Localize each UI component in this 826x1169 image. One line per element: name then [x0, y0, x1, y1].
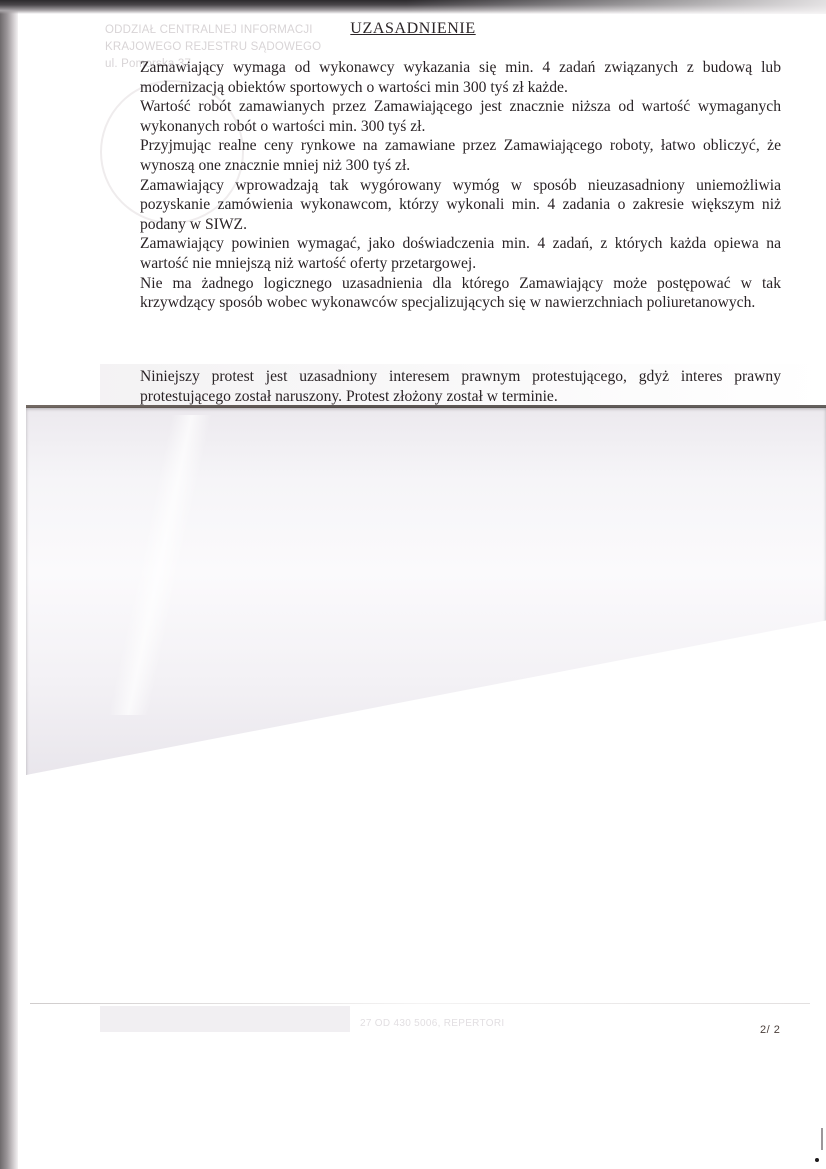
paragraph: Przyjmując realne ceny rynkowe na zamawi… — [140, 136, 781, 175]
justification-body: Zamawiający wymaga od wykonawcy wykazani… — [140, 58, 781, 313]
scanner-edge-top — [0, 0, 826, 14]
page-number: 2/ 2 — [760, 1024, 780, 1036]
paragraph: Nie ma żadnego logicznego uzasadnienia d… — [140, 274, 781, 313]
bleed-line: KRAJOWEGO REJESTRU SĄDOWEGO — [105, 39, 321, 56]
scanner-edge-left — [0, 0, 18, 1169]
paragraph: Zamawiający wymaga od wykonawcy wykazani… — [140, 58, 781, 97]
closing-paragraph: Niniejszy protest jest uzasadniony inter… — [140, 367, 781, 406]
paragraph: Wartość robót zamawianych przez Zamawiaj… — [140, 97, 781, 136]
footer-bleed-text: 27 OD 430 5006, REPERTORI — [360, 1018, 504, 1029]
footer-bleed-band — [100, 1006, 350, 1032]
fold-edge — [26, 405, 826, 408]
paragraph: Zamawiający wprowadzają tak wygórowany w… — [140, 176, 781, 235]
footer-rule — [30, 1003, 810, 1004]
paragraph: Zamawiający powinien wymagać, jako doświ… — [140, 234, 781, 273]
document-title: UZASADNIENIE — [0, 20, 826, 38]
scan-artifact-dot — [815, 1158, 819, 1162]
scan-artifact-line — [821, 1128, 823, 1150]
closing-statement: Niniejszy protest jest uzasadniony inter… — [140, 367, 781, 406]
